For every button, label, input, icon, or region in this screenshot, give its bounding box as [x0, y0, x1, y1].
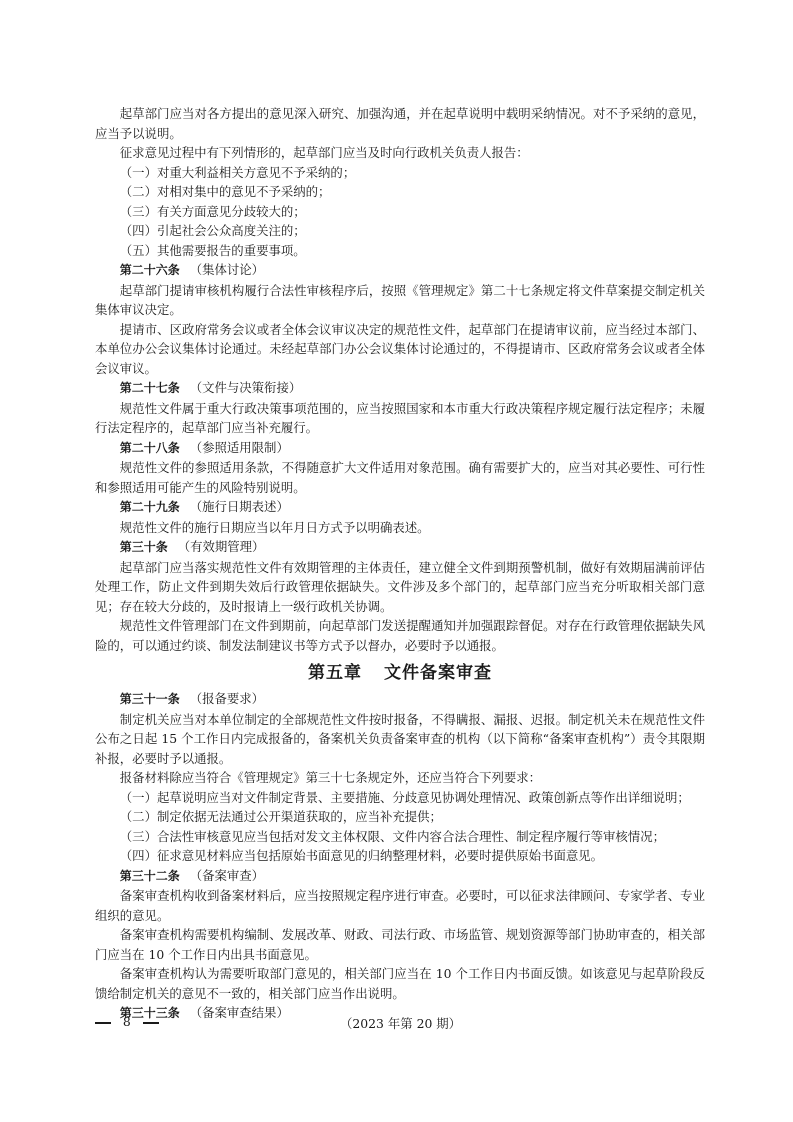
article-title: （参照适用限制）: [190, 440, 289, 455]
paragraph: 规范性文件管理部门在文件到期前，向起草部门发送提醒通知并加强跟踪督促。对存在行政…: [95, 616, 705, 655]
list-item: （三）合法性审核意见应当包括对发文主体权限、文件内容合法合理性、制定程序履行等审…: [95, 827, 705, 847]
paragraph: 备案审查机构收到备案材料后，应当按照规定程序进行审查。必要时，可以征求法律顾问、…: [95, 886, 705, 925]
article-title: （集体讨论）: [190, 262, 264, 277]
article-heading: 第二十九条（施行日期表述）: [95, 497, 705, 518]
paragraph: 制定机关应当对本单位制定的全部规范性文件按时报备，不得瞒报、漏报、迟报。制定机关…: [95, 710, 705, 769]
article-heading: 第三十一条（报备要求）: [95, 689, 705, 710]
article-title: （备案审查）: [190, 868, 264, 883]
article-heading: 第二十六条（集体讨论）: [95, 260, 705, 281]
article-number: 第三十二条: [120, 869, 180, 883]
article-number: 第三十一条: [120, 692, 180, 706]
article-number: 第二十六条: [120, 263, 180, 277]
dash-left: [95, 1022, 111, 1024]
paragraph: 规范性文件的参照适用条款，不得随意扩大文件适用对象范围。确有需要扩大的，应当对其…: [95, 458, 705, 497]
chapter-heading: 第五章文件备案审查: [95, 658, 705, 688]
paragraph: 规范性文件属于重大行政决策事项范围的，应当按照国家和本市重大行政决策程序规定履行…: [95, 399, 705, 438]
paragraph: 规范性文件的施行日期应当以年月日方式予以明确表述。: [95, 518, 705, 538]
article-number: 第二十七条: [120, 381, 180, 395]
paragraph: 备案审查机构认为需要听取部门意见的，相关部门应当在 10 个工作日内书面反馈。如…: [95, 964, 705, 1003]
article-number: 第二十九条: [120, 500, 180, 514]
paragraph: 备案审查机构需要机构编制、发展改革、财政、司法行政、市场监管、规划资源等部门协助…: [95, 925, 705, 964]
article-heading: 第三十二条（备案审查）: [95, 866, 705, 887]
article-title: （施行日期表述）: [190, 499, 289, 514]
paragraph: 起草部门提请审核机构履行合法性审核程序后，按照《管理规定》第二十七条规定将文件草…: [95, 281, 705, 320]
article-title: （报备要求）: [190, 691, 264, 706]
article-heading: 第三十条（有效期管理）: [95, 537, 705, 558]
paragraph: 起草部门应当落实规范性文件有效期管理的主体责任，建立健全文件到期预警机制，做好有…: [95, 558, 705, 617]
paragraph: 提请市、区政府常务会议或者全体会议审议决定的规范性文件，起草部门在提请审议前，应…: [95, 320, 705, 379]
paragraph: 起草部门应当对各方提出的意见深入研究、加强沟通，并在起草说明中载明采纳情况。对不…: [95, 104, 705, 143]
issue-label: （2023 年第 20 期）: [340, 1014, 461, 1032]
article-number: 第三十条: [120, 540, 168, 554]
chapter-title: 文件备案审查: [384, 663, 492, 683]
paragraph: 征求意见过程中有下列情形的，起草部门应当及时向行政机关负责人报告：: [95, 143, 705, 163]
paragraph: （一）起草说明应当对文件制定背景、主要措施、分歧意见协调处理情况、政策创新点等作…: [95, 788, 705, 808]
page-number: 8: [95, 1014, 159, 1029]
article-heading: 第二十八条（参照适用限制）: [95, 438, 705, 459]
dash-right: [143, 1022, 159, 1024]
article-number: 第二十八条: [120, 441, 180, 455]
list-item: （二）对相对集中的意见不予采纳的；: [95, 182, 705, 202]
list-item: （四）引起社会公众高度关注的；: [95, 221, 705, 241]
article-title: （有效期管理）: [178, 539, 265, 554]
article-title: （文件与决策衔接）: [190, 380, 302, 395]
paragraph: 报备材料除应当符合《管理规定》第三十七条规定外，还应当符合下列要求：: [95, 768, 705, 788]
article-heading: 第二十七条（文件与决策衔接）: [95, 378, 705, 399]
list-item: （四）征求意见材料应当包括原始书面意见的归纳整理材料，必要时提供原始书面意见。: [95, 846, 705, 866]
document-page: 起草部门应当对各方提出的意见深入研究、加强沟通，并在起草说明中载明采纳情况。对不…: [95, 104, 705, 1024]
list-item: （一）对重大利益相关方意见不予采纳的；: [95, 163, 705, 183]
list-item: （三）有关方面意见分歧较大的；: [95, 202, 705, 222]
article-title: （备案审查结果）: [190, 1005, 289, 1020]
chapter-number: 第五章: [308, 663, 362, 683]
list-item: （五）其他需要报告的重要事项。: [95, 241, 705, 261]
list-item: （二）制定依据无法通过公开渠道获取的，应当补充提供；: [95, 807, 705, 827]
